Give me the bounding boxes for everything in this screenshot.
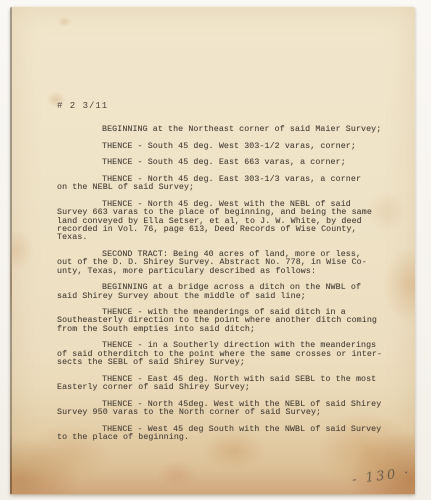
paragraph: THENCE - West 45 deg South with the NWBL… (57, 426, 419, 443)
paragraph: THENCE - in a Southerly direction with t… (57, 342, 419, 367)
paragraph: THENCE - North 45 deg. West with the NEB… (57, 201, 419, 242)
handwritten-page-number: - 130 · (351, 465, 411, 487)
paragraph: SECOND TRACT: Being 40 acres of land, mo… (57, 251, 419, 276)
paragraph-line: unty, Texas, more particulary described … (57, 268, 419, 276)
paragraph: THENCE - North 45 deg. East 303-1/3 vara… (57, 176, 419, 193)
paragraph-line: to the place of beginning. (57, 434, 419, 442)
document-page: # 2 3/11 BEGINNING at the Northeast corn… (10, 7, 415, 495)
paragraph-line: said Shirey Survey about the middle of s… (57, 293, 419, 301)
paragraph: THENCE - East 45 deg. North with said SE… (57, 376, 419, 393)
paragraph: THENCE - with the meanderings of said di… (57, 309, 419, 334)
paragraph: BEGINNING at a bridge across a ditch on … (57, 284, 419, 301)
paragraph: THENCE - North 45deg. West with the NEBL… (57, 401, 419, 418)
paragraph-line: THENCE - South 45 deg. West 303-1/2 vara… (57, 143, 419, 151)
paragraph-line: THENCE - South 45 deg. East 663 varas, a… (57, 159, 419, 167)
paragraph-line: BEGINNING at the Northeast corner of sai… (57, 126, 419, 134)
paragraph-line: sects the SEBL of said Shirey Survey; (57, 359, 419, 367)
paragraph-line: from the South empties into said ditch; (57, 326, 419, 334)
paragraph: THENCE - South 45 deg. East 663 varas, a… (57, 159, 419, 167)
scan-photo-frame: # 2 3/11 BEGINNING at the Northeast corn… (0, 0, 431, 500)
paragraph-line: Easterly corner of said Shirey Survey; (57, 384, 419, 392)
page-number: # 2 3/11 (57, 101, 108, 111)
document-body: BEGINNING at the Northeast corner of sai… (57, 126, 419, 451)
paragraph: THENCE - South 45 deg. West 303-1/2 vara… (57, 143, 419, 151)
paragraph-line: Survey 950 varas to the North corner of … (57, 409, 419, 417)
paragraph-line: recorded in Vol. 76, page 613, Deed Reco… (57, 226, 419, 234)
paragraph: BEGINNING at the Northeast corner of sai… (57, 126, 419, 134)
paragraph-line: on the NEBL of said Survey; (57, 184, 419, 192)
paragraph-line: Texas. (57, 234, 419, 242)
